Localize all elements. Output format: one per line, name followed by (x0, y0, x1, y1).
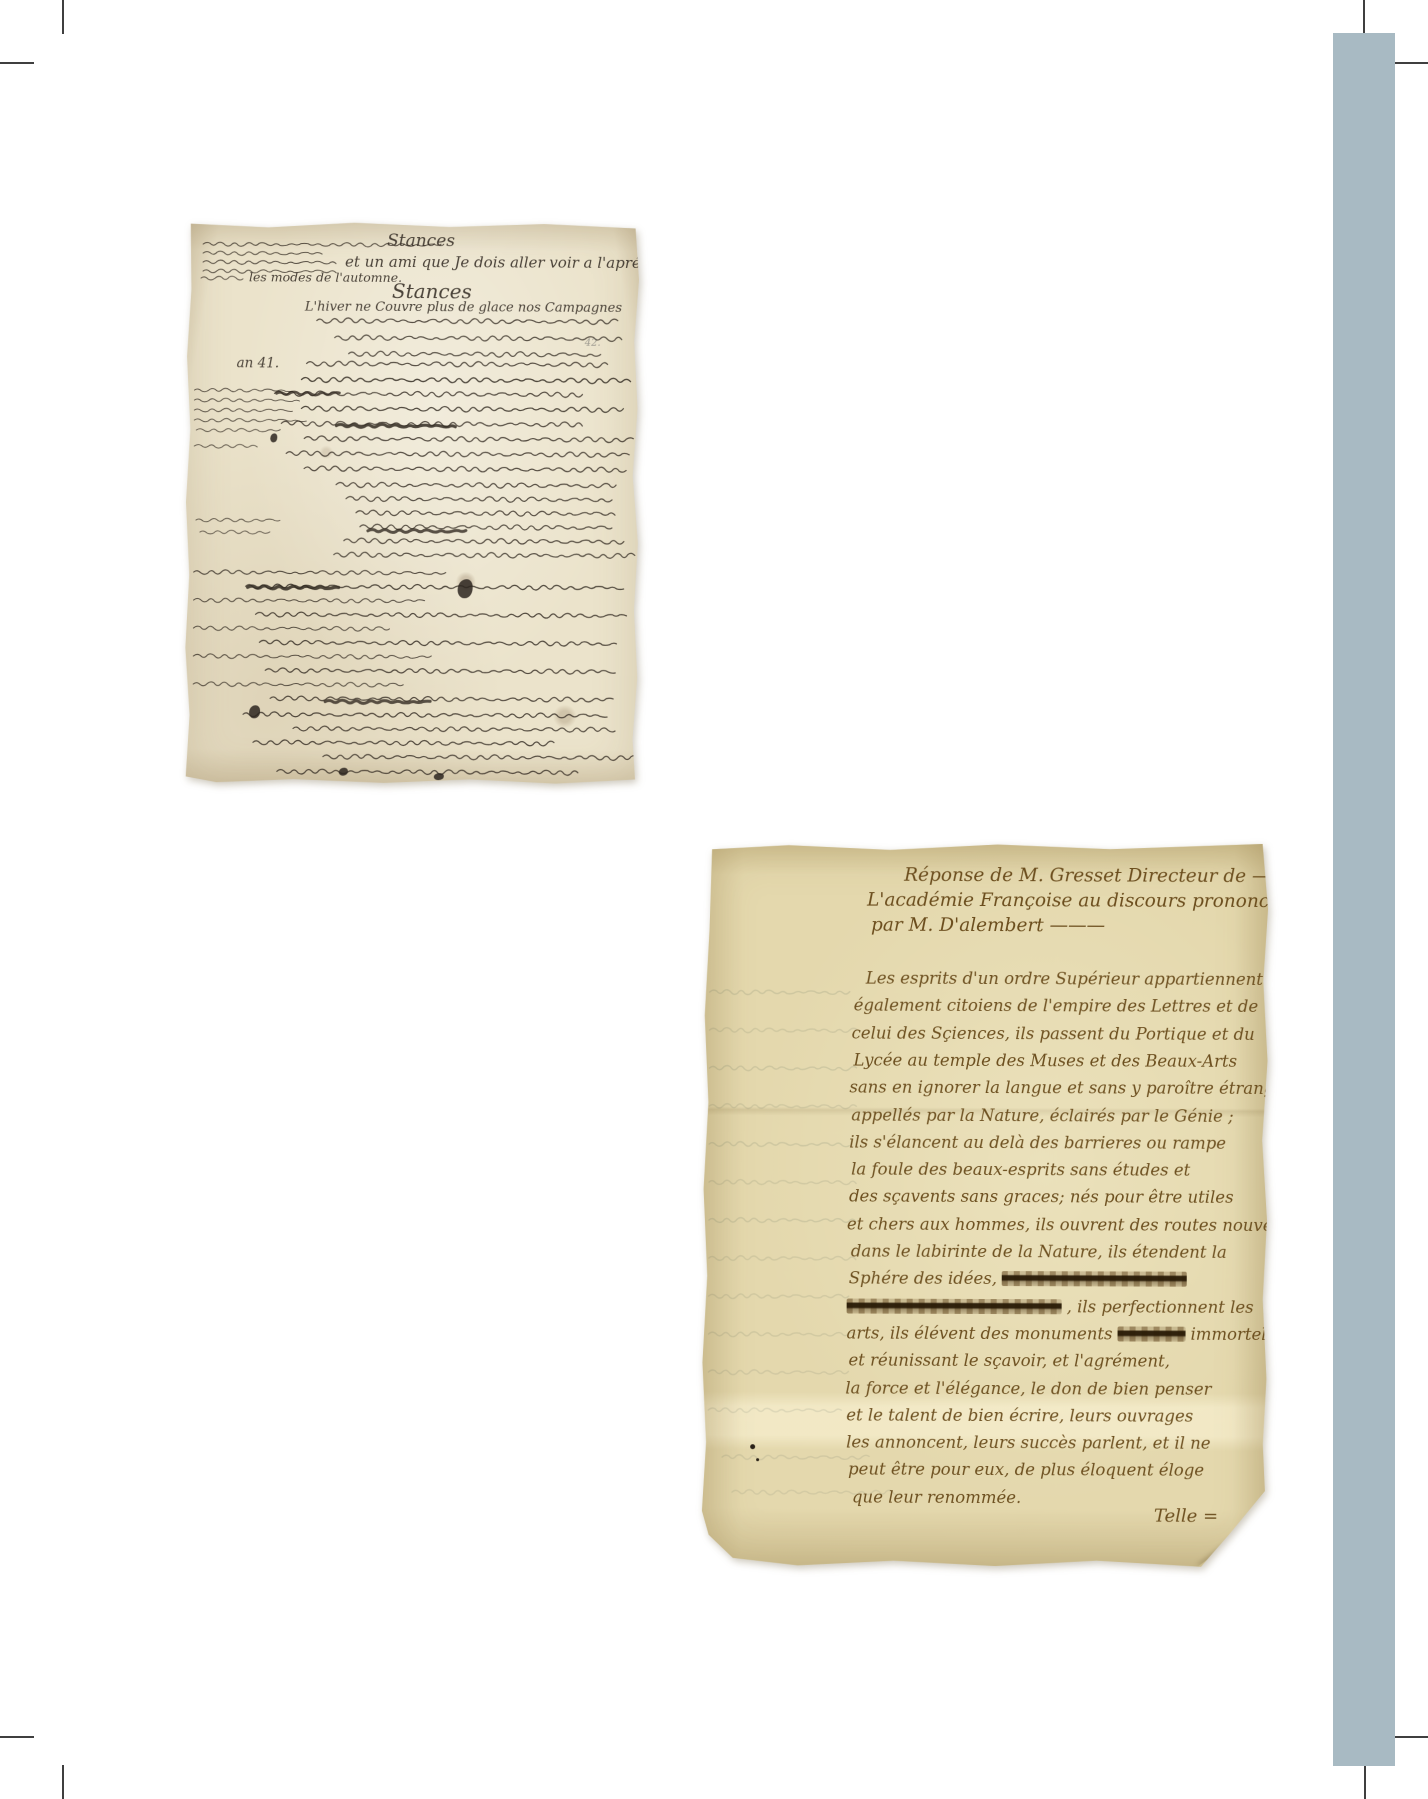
gresset-title-line: L'académie Françoise au discours prononc… (867, 890, 1280, 912)
catalog-page: Stances et un ami que Je dois aller voir… (0, 0, 1428, 1799)
handwritten-line: que leur renommée. (852, 1488, 1021, 1508)
gresset-title-line: Réponse de M. Gresset Directeur de —— (904, 865, 1289, 887)
crop-mark-top-left-horizontal (0, 62, 34, 64)
handwritten-line-with-strikethrough: , ils perfectionnent les (847, 1297, 1254, 1317)
stances-automne-line: les modes de l'automne. (249, 269, 402, 285)
manuscript-image-stances: Stances et un ami que Je dois aller voir… (185, 222, 639, 784)
handwritten-line: appellés par la Nature, éclairés par le … (851, 1106, 1233, 1126)
handwritten-line: dans le labirinte de la Nature, ils éten… (851, 1242, 1227, 1262)
accent-bar (1333, 33, 1395, 1766)
handwritten-line: la foule des beaux-esprits sans études e… (851, 1160, 1190, 1180)
handwritten-line: Les esprits d'un ordre Supérieur apparti… (866, 969, 1323, 990)
crop-mark-bottom-right-horizontal (1394, 1736, 1428, 1738)
stances-title-first: Stances (387, 231, 455, 251)
crop-mark-top-left-vertical (62, 0, 64, 34)
line-text: , ils perfectionnent les (1067, 1297, 1254, 1317)
crop-mark-bottom-right-vertical (1364, 1766, 1366, 1799)
crop-mark-bottom-left-vertical (62, 1765, 64, 1799)
handwritten-line: et le talent de bien écrire, leurs ouvra… (846, 1406, 1193, 1426)
handwritten-line: la force et l'élégance, le don de bien p… (845, 1379, 1211, 1399)
handwritten-line-with-strikethrough: Sphére des idées, (849, 1269, 1192, 1289)
ink-blot (756, 1458, 759, 1461)
handwritten-line: et chers aux hommes, ils ouvrent des rou… (847, 1215, 1301, 1236)
handwritten-line-with-strikethrough: arts, ils élévent des monumentsimmortels… (847, 1324, 1281, 1345)
manuscript-image-gresset: Réponse de M. Gresset Directeur de —— L'… (702, 842, 1269, 1567)
stances-margin-note: an 41. (237, 355, 280, 371)
line-text: Sphére des idées, (849, 1269, 997, 1289)
ink-blot (750, 1444, 755, 1449)
crop-mark-bottom-left-horizontal (0, 1736, 34, 1738)
handwritten-line: les annoncent, leurs succès parlent, et … (846, 1433, 1210, 1453)
handwritten-line: peut être pour eux, de plus éloquent élo… (848, 1460, 1204, 1480)
handwritten-line: également citoiens de l'empire des Lettr… (854, 996, 1259, 1016)
handwritten-line: sans en ignorer la langue et sans y paro… (849, 1078, 1306, 1099)
strikethrough-mark (847, 1299, 1062, 1315)
stances-paper: Stances et un ami que Je dois aller voir… (185, 222, 639, 784)
strikethrough-mark (1118, 1326, 1186, 1341)
folded-corner (1198, 1523, 1256, 1567)
gresset-paper: Réponse de M. Gresset Directeur de —— L'… (702, 842, 1269, 1567)
strikethrough-mark (1002, 1271, 1187, 1287)
handwritten-line: et réunissant le sçavoir, et l'agrément, (848, 1351, 1170, 1371)
crop-mark-top-right-vertical (1363, 0, 1365, 34)
handwritten-line: Lycée au temple des Muses et des Beaux-A… (853, 1051, 1237, 1071)
gresset-title-line: par M. D'alembert ——— (871, 915, 1105, 937)
handwritten-line: des sçavents sans graces; nés pour être … (849, 1187, 1234, 1207)
line-text: immortels, (1190, 1325, 1280, 1344)
line-text: arts, ils élévent des monuments (847, 1324, 1113, 1344)
stances-faint-number: 42. (585, 338, 601, 349)
handwritten-line: celui des Sçiences, ils passent du Porti… (852, 1024, 1255, 1044)
stances-first-verse: L'hiver ne Couvre plus de glace nos Camp… (305, 300, 622, 316)
handwritten-line: ils s'élancent au delà des barrieres ou … (849, 1133, 1226, 1153)
crop-mark-top-right-horizontal (1394, 62, 1428, 64)
